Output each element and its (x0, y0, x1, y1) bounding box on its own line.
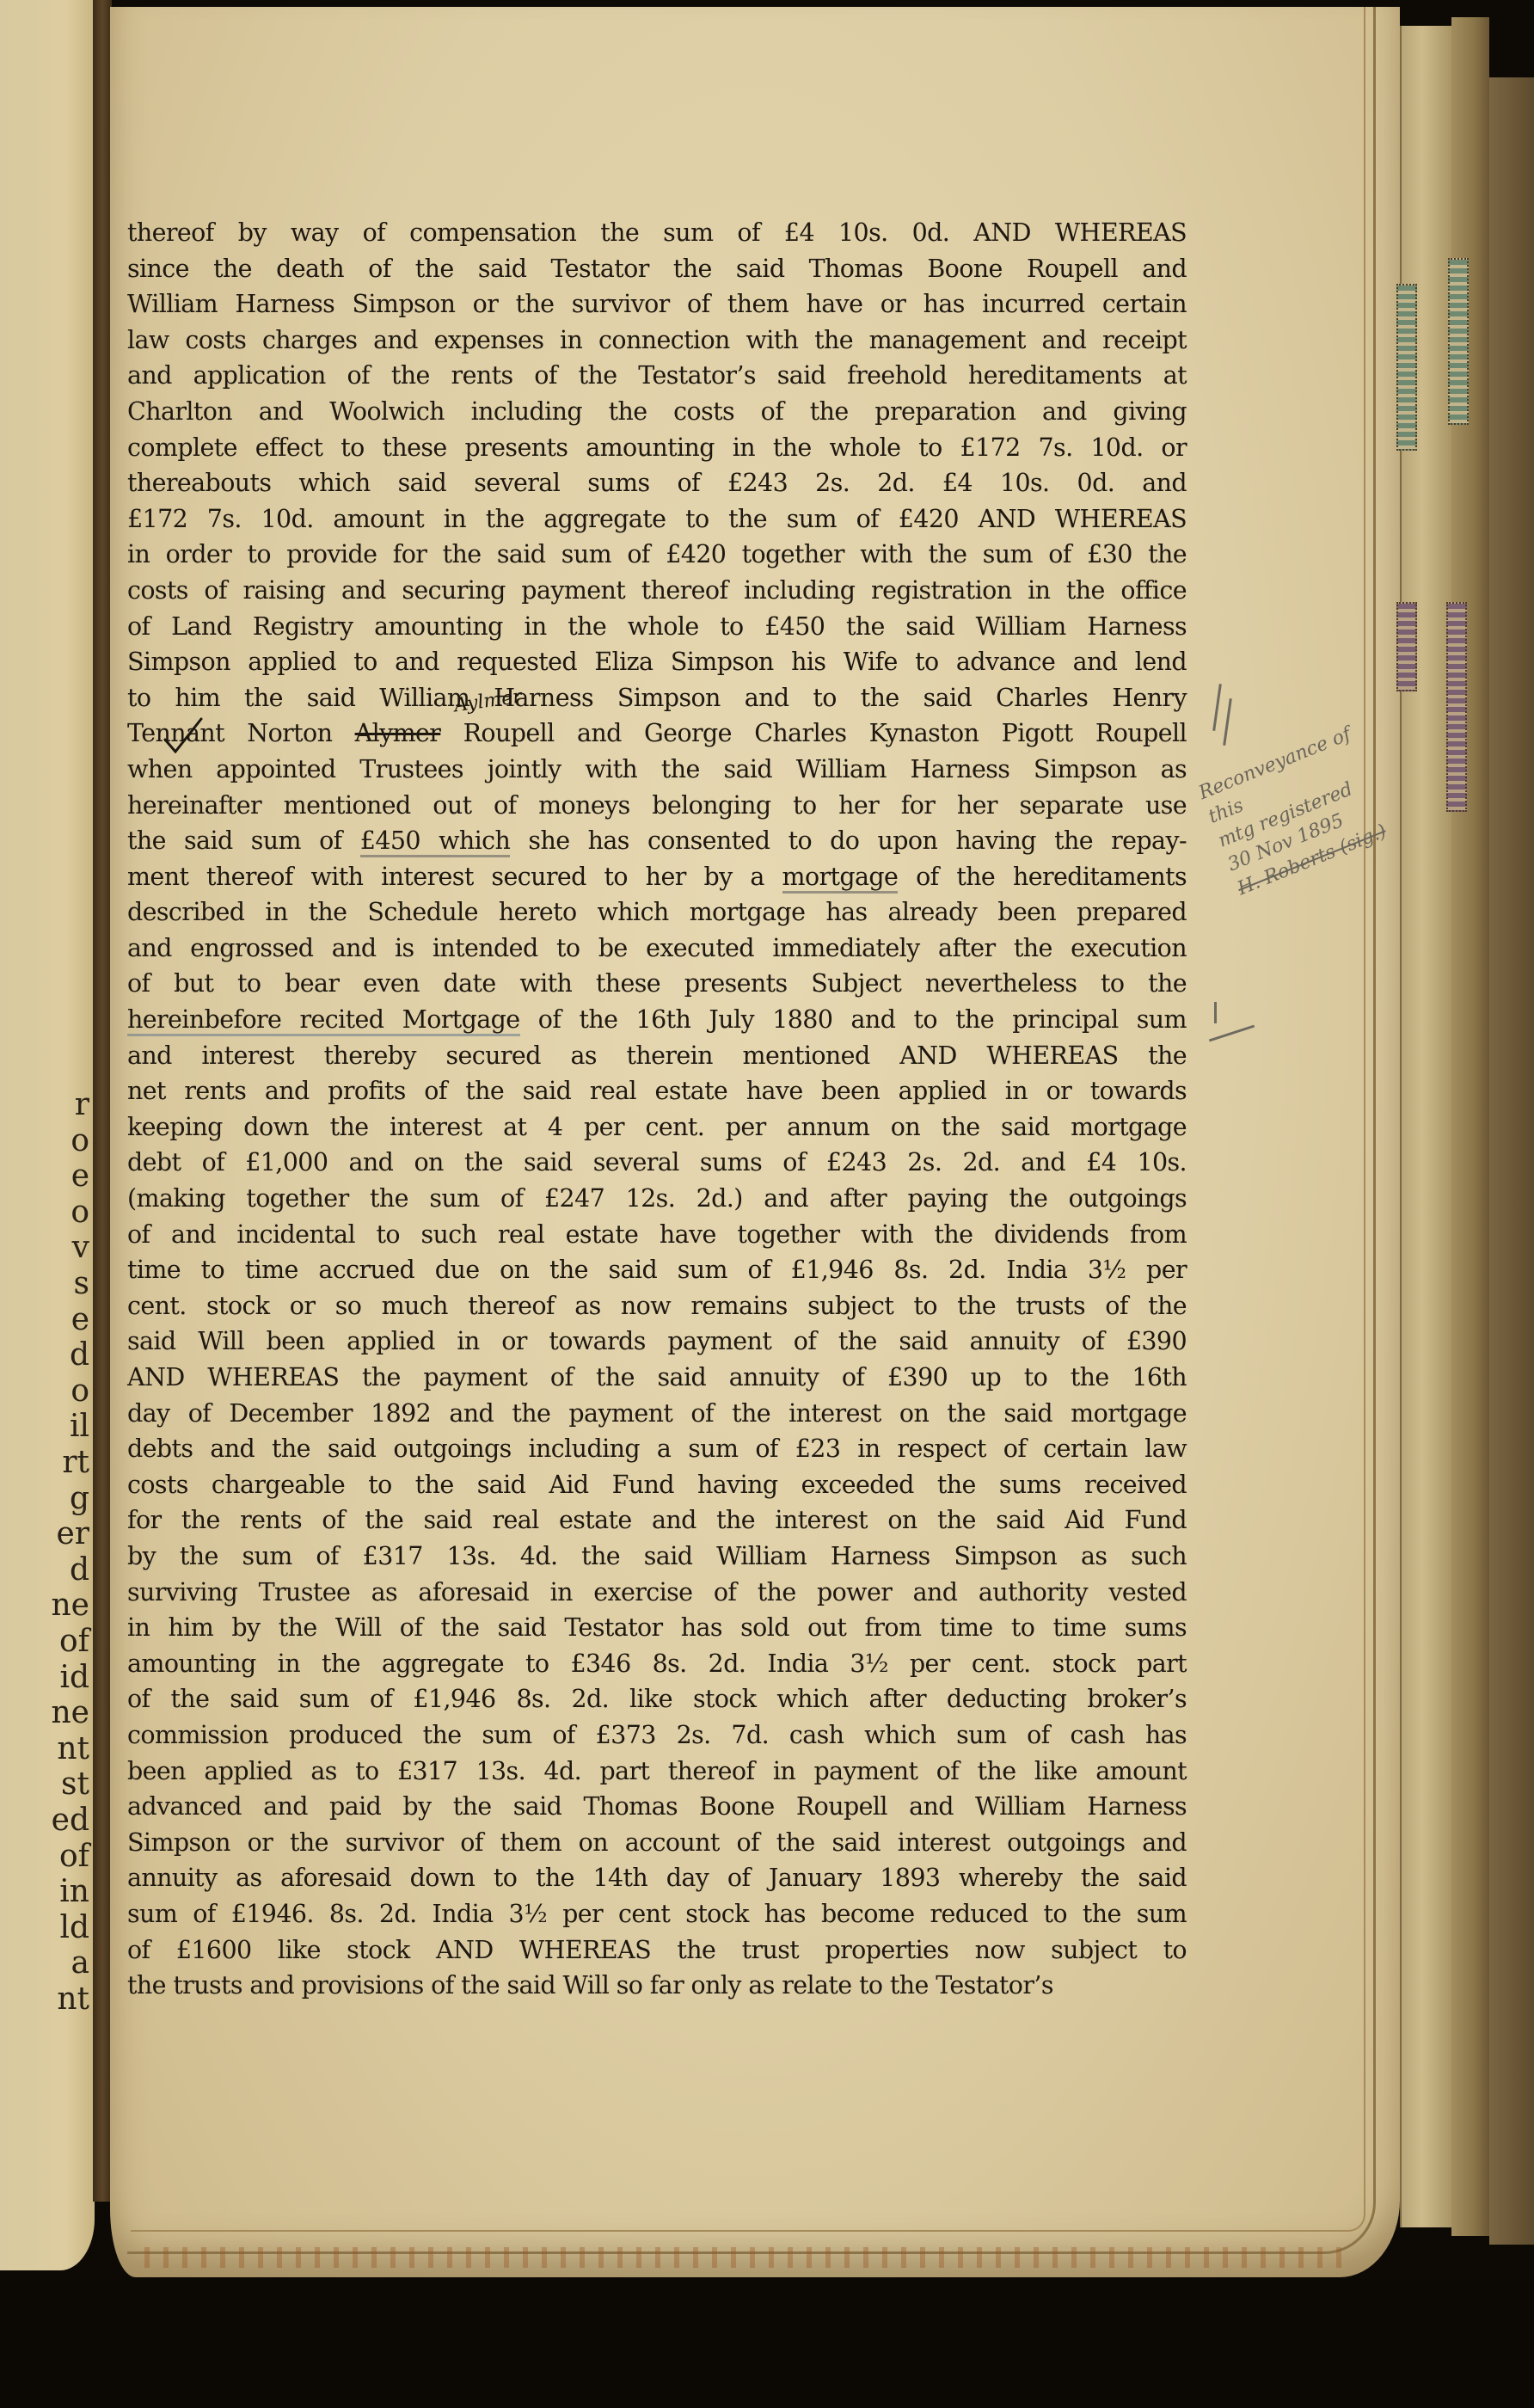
deed-line: day of December 1892 and the payment of … (127, 1396, 1187, 1432)
deed-line: Tennant Norton Alymer Roupell and George… (127, 716, 1187, 752)
rust-stain (144, 2247, 1348, 2268)
deed-line: ment thereof with interest secured to he… (127, 859, 1187, 895)
left-page-fragment: a (71, 1946, 89, 1981)
left-page-fragment: ne (52, 1696, 90, 1730)
deed-line: by the sum of £317 13s. 4d. the said Wil… (127, 1539, 1187, 1575)
background-shadow (0, 2279, 1534, 2408)
pencil-tick-icon (1214, 1002, 1217, 1023)
check-mark-icon (163, 714, 203, 753)
deed-line: when appointed Trustees jointly with the… (127, 752, 1187, 788)
left-page-fragment: r (75, 1088, 89, 1122)
left-page-fragment: of (59, 1625, 89, 1659)
deed-line: and application of the rents of the Test… (127, 358, 1187, 394)
left-page-fragment: ne (52, 1588, 90, 1623)
deed-line: thereabouts which said several sums of £… (127, 465, 1187, 501)
left-page-fragment: of (59, 1840, 89, 1874)
left-page-fragment: rt (62, 1446, 89, 1480)
deed-line: annuity as aforesaid down to the 14th da… (127, 1860, 1187, 1896)
deed-line: hereinbefore recited Mortgage of the 16t… (127, 1002, 1187, 1038)
left-page-fragment: o (71, 1124, 89, 1158)
left-page-fragment: in (59, 1875, 89, 1909)
deed-line: since the death of the said Testator the… (127, 251, 1187, 287)
deed-line: complete effect to these presents amount… (127, 430, 1187, 466)
deed-line: the trusts and provisions of the said Wi… (127, 1968, 1187, 2004)
deed-line: described in the Schedule hereto which m… (127, 894, 1187, 931)
deed-line: amounting in the aggregate to £346 8s. 2… (127, 1646, 1187, 1682)
deed-line: and interest thereby secured as therein … (127, 1038, 1187, 1074)
deed-line: for the rents of the said real estate an… (127, 1502, 1187, 1539)
deed-line: and engrossed and is intended to be exec… (127, 931, 1187, 967)
left-page-fragment: ld (59, 1911, 89, 1945)
deed-line: of but to bear even date with these pres… (127, 966, 1187, 1002)
left-page-fragment: nt (57, 1732, 89, 1766)
deed-line: costs chargeable to the said Aid Fund ha… (127, 1467, 1187, 1503)
deed-line: net rents and profits of the said real e… (127, 1073, 1187, 1109)
deed-line: costs of raising and securing payment th… (127, 573, 1187, 609)
deed-line: to him the said William Harness Simpson … (127, 680, 1187, 716)
left-page-fragment: d (70, 1553, 89, 1588)
left-page-fragment: st (61, 1767, 89, 1802)
scanned-document: roeovsedoilrtgerdneofidnentstedofinldant… (0, 0, 1534, 2408)
left-page-fragment: nt (57, 1982, 89, 2017)
left-page-fragment: v (72, 1231, 89, 1265)
deed-line: of £1600 like stock AND WHEREAS the trus… (127, 1932, 1187, 1969)
deed-line: surviving Trustee as aforesaid in exerci… (127, 1575, 1187, 1611)
underlined-phrase: £450 which (360, 826, 510, 857)
deed-body-text: thereof by way of compensation the sum o… (127, 215, 1187, 2004)
left-page-fragment: o (71, 1374, 89, 1409)
deed-line: debt of £1,000 and on the said several s… (127, 1145, 1187, 1181)
deed-line: law costs charges and expenses in connec… (127, 322, 1187, 359)
deed-line: Charlton and Woolwich including the cost… (127, 394, 1187, 430)
left-page-fragment: il (70, 1410, 89, 1444)
deed-line: cent. stock or so much thereof as now re… (127, 1288, 1187, 1324)
deed-line: of Land Registry amounting in the whole … (127, 609, 1187, 645)
left-page-fragment: d (70, 1338, 89, 1373)
deed-line: said Will been applied in or towards pay… (127, 1324, 1187, 1360)
left-page-fragment: e (71, 1159, 89, 1194)
deed-line: time to time accrued due on the said sum… (127, 1252, 1187, 1288)
deed-line: sum of £1946. 8s. 2d. India 3½ per cent … (127, 1896, 1187, 1932)
underlined-phrase: hereinbefore recited Mortgage (127, 1005, 520, 1036)
left-page-fragment: id (59, 1661, 89, 1695)
deed-line: advanced and paid by the said Thomas Boo… (127, 1789, 1187, 1825)
underlined-phrase: mortgage (782, 863, 899, 894)
deed-line: in order to provide for the said sum of … (127, 537, 1187, 573)
deed-line: been applied as to £317 13s. 4d. part th… (127, 1754, 1187, 1790)
deed-line: of and incidental to such real estate ha… (127, 1217, 1187, 1253)
left-facing-page: roeovsedoilrtgerdneofidnentstedofinldant (0, 0, 95, 2270)
deed-line: (making together the sum of £247 12s. 2d… (127, 1181, 1187, 1217)
revenue-stamp-icon (1448, 258, 1469, 425)
deed-line: thereof by way of compensation the sum o… (127, 215, 1187, 251)
book-gutter (93, 0, 112, 2202)
deed-line: AND WHEREAS the payment of the said annu… (127, 1360, 1187, 1396)
left-page-fragment: s (74, 1267, 89, 1301)
deed-line: £172 7s. 10d. amount in the aggregate to… (127, 501, 1187, 537)
attached-document-fold (1489, 77, 1534, 2245)
deed-line: Simpson applied to and requested Eliza S… (127, 644, 1187, 680)
deed-line: the said sum of £450 which she has conse… (127, 823, 1187, 859)
deed-line: of the said sum of £1,946 8s. 2d. like s… (127, 1681, 1187, 1717)
left-page-fragment: er (56, 1517, 89, 1551)
left-page-fragment: ed (52, 1803, 89, 1838)
deed-line: debts and the said outgoings including a… (127, 1431, 1187, 1467)
revenue-stamp-icon (1446, 602, 1467, 812)
deed-line: hereinafter mentioned out of moneys belo… (127, 788, 1187, 824)
deed-line: commission produced the sum of £373 2s. … (127, 1717, 1187, 1754)
revenue-stamp-icon (1396, 602, 1417, 691)
deed-line: Simpson or the survivor of them on accou… (127, 1825, 1187, 1861)
deed-line: William Harness Simpson or the survivor … (127, 286, 1187, 322)
revenue-stamp-icon (1396, 284, 1417, 451)
struck-word: Alymer (355, 719, 441, 747)
left-page-fragment: e (71, 1303, 89, 1337)
deed-line: in him by the Will of the said Testator … (127, 1610, 1187, 1646)
left-page-fragment: o (71, 1195, 89, 1230)
left-page-fragment: g (70, 1482, 89, 1516)
deed-line: keeping down the interest at 4 per cent.… (127, 1109, 1187, 1146)
